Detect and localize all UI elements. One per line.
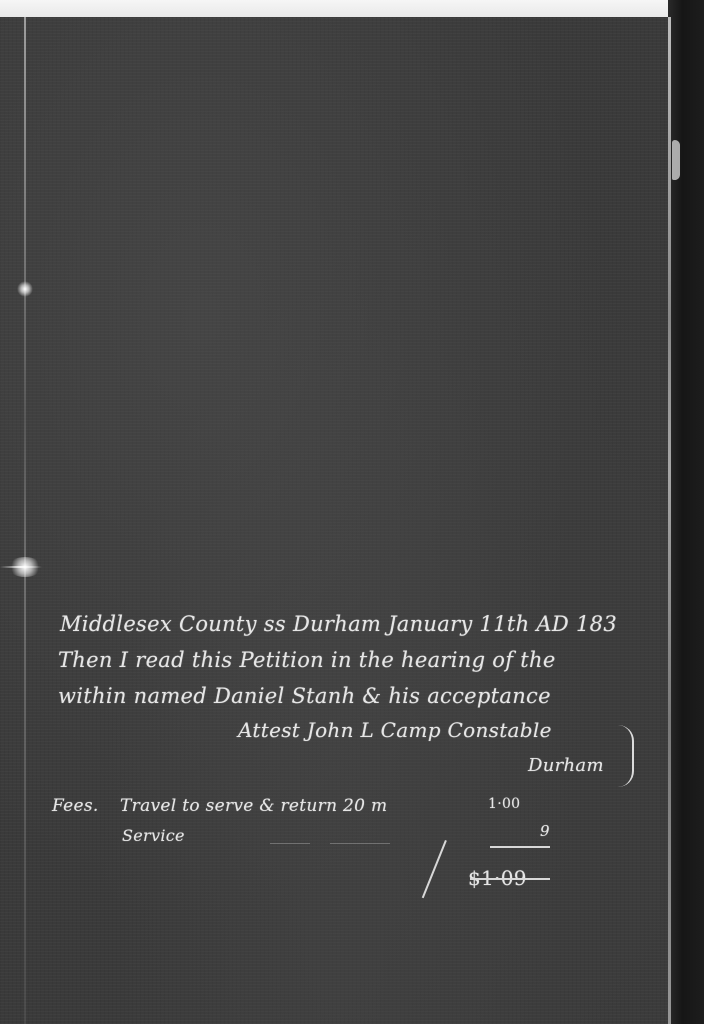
document-page bbox=[0, 17, 676, 1024]
top-paper-edge bbox=[0, 0, 668, 17]
scan-artifact-dot bbox=[17, 281, 33, 297]
return-line-named-party: within named Daniel Stanh & his acceptan… bbox=[58, 684, 551, 708]
fill-dash bbox=[270, 843, 310, 844]
scan-artifact-streak bbox=[0, 566, 42, 568]
fee-item-service: Service bbox=[122, 826, 185, 845]
paper-tear-mark bbox=[672, 140, 680, 180]
fees-label: Fees. bbox=[52, 796, 99, 816]
return-line-venue-date: Middlesex County ss Durham January 11th … bbox=[60, 612, 617, 636]
signature-brace bbox=[618, 725, 634, 787]
fill-dash bbox=[330, 843, 390, 844]
return-line-reading: Then I read this Petition in the hearing… bbox=[58, 648, 556, 672]
fee-item-travel: Travel to serve & return 20 m bbox=[120, 796, 387, 816]
attestation-signature: Attest John L Camp Constable bbox=[238, 718, 552, 742]
attestation-town: Durham bbox=[528, 755, 604, 776]
left-fold-line bbox=[24, 17, 26, 1024]
sum-rule-top bbox=[490, 846, 550, 848]
right-paper-edge bbox=[668, 17, 671, 1024]
fee-amount-service: 9 bbox=[540, 822, 550, 840]
fee-amount-travel: 1·00 bbox=[488, 796, 520, 812]
sum-rule-bottom bbox=[470, 878, 550, 880]
